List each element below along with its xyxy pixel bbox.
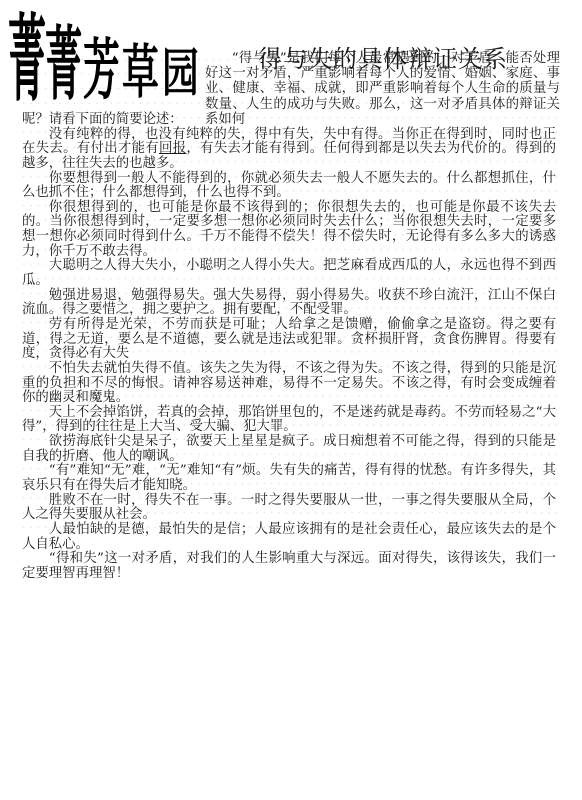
document-body: 呢？请看下面的简要论述： 没有纯粹的得，也没有纯粹的失，得中有失，失中有得。当你… xyxy=(22,113,556,582)
paragraph: 欲捞海底针尖是呆子，欲要天上星星是疯子。成日痴想着不可能之得，得到的只能是自我的… xyxy=(22,435,556,464)
document-page: 菁 菁 芳 草 园 得与失的具体辩证关系 “得与失”是我们每个人最常遇到的一对矛… xyxy=(0,0,582,800)
paragraph: 你要想得到一般人不能得到的，你就必须失去一般人不愿失去的。什么都想抓住，什么也抓… xyxy=(22,172,556,201)
intro-continuation: 呢？请看下面的简要论述： xyxy=(22,113,556,128)
paragraph: 不怕失去就怕失得不值。该失之失为得，不该之得为失。不该之得，得到的只能是沉重的负… xyxy=(22,362,556,406)
logo-char: 菁 xyxy=(45,26,82,106)
logo-char: 园 xyxy=(162,48,199,100)
paragraph: 胜败不在一时，得失不在一事。一时之得失要服从一世，一事之得失要服从全局，个人之得… xyxy=(22,494,556,523)
paragraph: 天上不会掉馅饼，若真的会掉，那馅饼里包的，不是迷药就是毒药。不劳而轻易之“大得”… xyxy=(22,406,556,435)
paragraph: 大聪明之人得大失小，小聪明之人得小失大。把芝麻看成西瓜的人，永远也得不到西瓜。 xyxy=(22,259,556,288)
paragraph: 没有纯粹的得，也没有纯粹的失，得中有失，失中有得。当你正在得到时，同时也正在失去… xyxy=(22,128,556,172)
paragraph: 人最怕缺的是德，最怕失的是信；人最应该拥有的是社会责任心，最应该失去的是个人自私… xyxy=(22,523,556,552)
logo-char: 芳 xyxy=(83,38,120,104)
paragraph: 劳有所得是光荣，不劳而获是可耻；人给拿之是馈赠，偷偷拿之是盗窃。得之要有道，得之… xyxy=(22,318,556,362)
paragraph: 勉强进易退，勉强得易失。强大失易得，弱小得易失。收获不珍白流汗，江山不保白流血。… xyxy=(22,289,556,318)
paragraph: 你很想得到的，也可能是你最不该得到的；你很想失去的，也可能是你最不该失去的。当你… xyxy=(22,201,556,260)
underlined-word: 回报 xyxy=(159,141,186,156)
paragraph: “有”难知“无”难，“无”难知“有”烦。失有失的痛苦，得有得的忧愁。有许多得失，… xyxy=(22,464,556,493)
paragraph: “得和失”这一对矛盾，对我们的人生影响重大与深远。面对得失，该得该失，我们一定要… xyxy=(22,552,556,581)
logo-char: 菁 xyxy=(8,14,46,108)
logo-char: 草 xyxy=(122,44,159,102)
wordart-logo: 菁 菁 芳 草 园 xyxy=(8,2,196,110)
